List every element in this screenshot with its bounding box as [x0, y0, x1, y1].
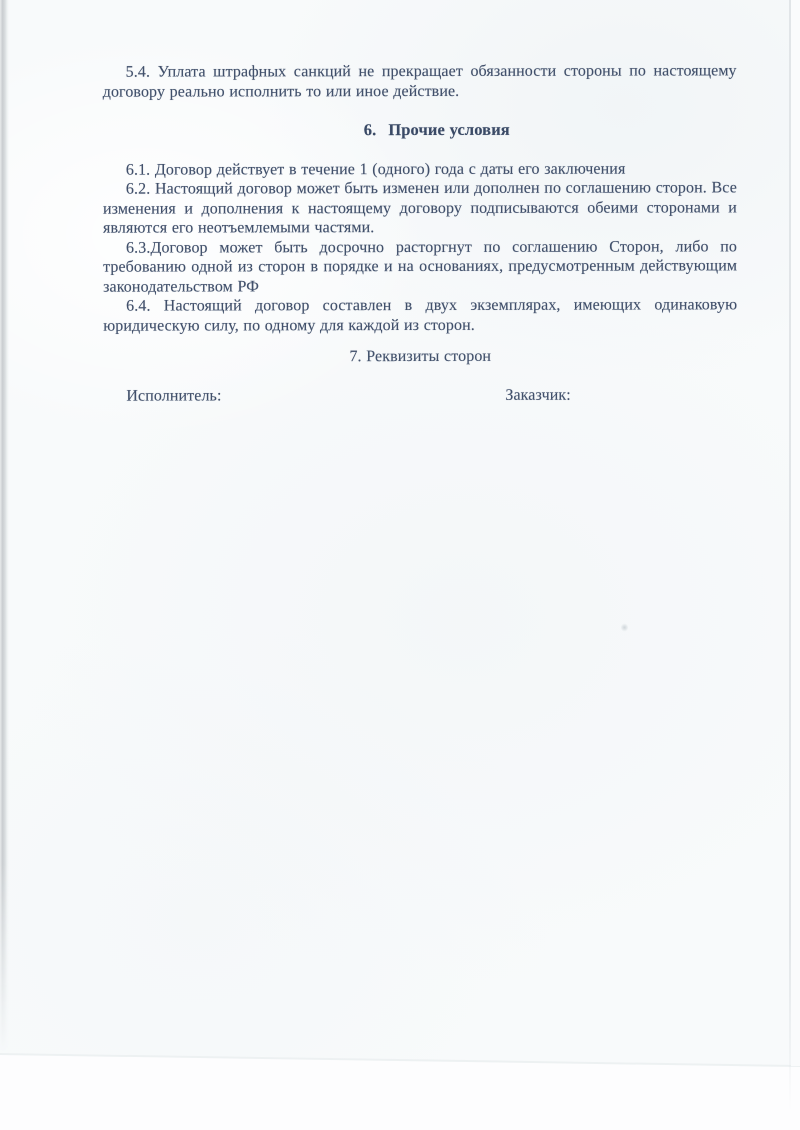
clause-6-1: 6.1. Договор действует в течение 1 (одно…	[103, 159, 737, 180]
section-6-number: 6.	[364, 120, 377, 139]
scan-speck	[621, 623, 628, 632]
clause-6-4: 6.4. Настоящий договор составлен в двух …	[103, 295, 737, 335]
scanner-right-margin	[791, 0, 800, 1066]
scanned-contract-page: 5.4. Уплата штрафных санкций не прекраща…	[0, 0, 800, 1130]
scanner-left-edge-shadow	[0, 0, 9, 1053]
section-6-heading: 6.Прочие условия	[103, 119, 737, 140]
section-6-title: Прочие условия	[388, 120, 510, 139]
clause-6-3: 6.3.Договор может быть досрочно расторгн…	[103, 237, 737, 297]
contract-text-block: 5.4. Уплата штрафных санкций не прекраща…	[103, 61, 738, 406]
signature-labels-row: Исполнитель: Заказчик:	[103, 385, 737, 406]
paper-sheet: 5.4. Уплата штрафных санкций не прекраща…	[0, 0, 800, 1066]
customer-label: Заказчик:	[505, 385, 571, 405]
clause-6-2: 6.2. Настоящий договор может быть измене…	[103, 178, 737, 238]
section-7-heading: 7. Реквизиты сторон	[103, 346, 737, 367]
clause-5-4: 5.4. Уплата штрафных санкций не прекраща…	[103, 61, 737, 101]
executor-label: Исполнитель:	[126, 386, 221, 406]
